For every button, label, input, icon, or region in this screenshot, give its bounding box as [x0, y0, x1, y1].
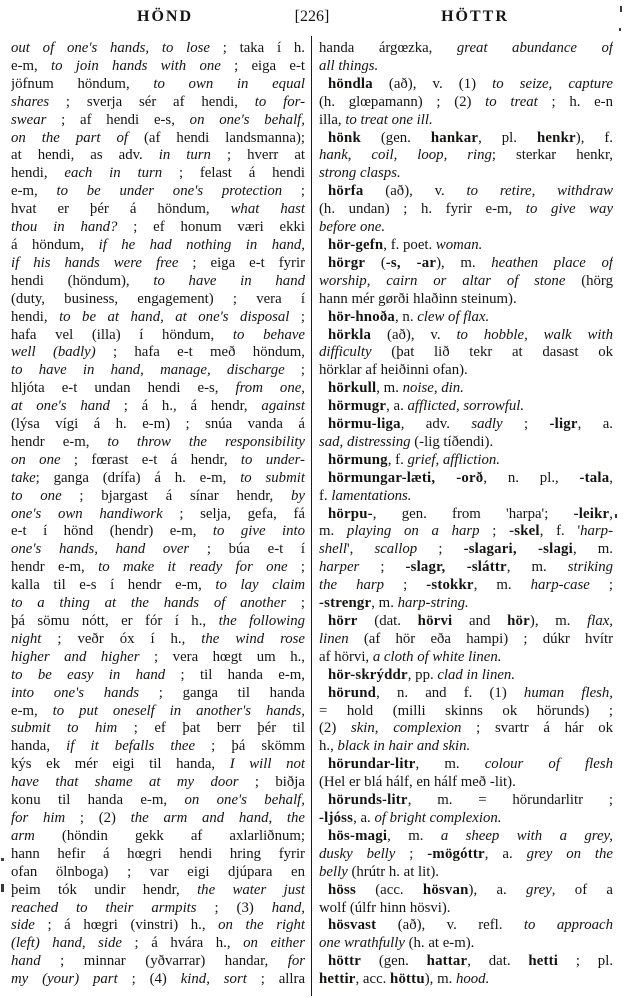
- text-line: hör-gefn, f. poet. woman.: [319, 237, 613, 255]
- text-segment: hörpu-: [328, 506, 373, 522]
- text-segment: at hendi, as adv.: [11, 147, 159, 163]
- text-segment: of bright complexion.: [374, 810, 501, 826]
- text-line: höttr (gen. hattar, dat. hetti ; pl.: [319, 953, 613, 971]
- text-segment: woman.: [436, 237, 482, 253]
- text-segment: , f. poet.: [383, 237, 436, 253]
- text-line: jöfnum höndum, to own in equal: [11, 76, 305, 94]
- text-line: to one ; bjargast á sínar hendr, by: [11, 488, 305, 506]
- text-segment: ; á hœgri (vinstri) h.,: [35, 917, 218, 933]
- text-line: hann mér gørði hlaðinn steinum).: [319, 291, 613, 309]
- text-segment: ; sverja sér af hendi,: [49, 94, 255, 110]
- text-segment: (h. at e-m).: [405, 935, 474, 951]
- text-line: hörfa (að), v. to retire, withdraw: [319, 183, 613, 201]
- text-segment: and: [452, 613, 507, 629]
- text-segment: ; búa e-t í: [189, 541, 305, 557]
- text-line: hörunds-litr, m. = hörundarlitr ;: [319, 792, 613, 810]
- text-segment: ; minnar (yðvarrar) handar,: [41, 953, 288, 969]
- text-segment: ), a.: [469, 882, 527, 898]
- text-segment: jöfnum höndum,: [11, 76, 153, 92]
- text-line: hörkull, m. noise, din.: [319, 380, 613, 398]
- text-line: to have in hand, manage, discharge ;: [11, 362, 305, 380]
- text-segment: hös-magi: [328, 828, 387, 844]
- text-segment: h.,: [319, 738, 338, 754]
- text-line: hann hefir á hœgri hendi hring fyrir: [11, 846, 305, 864]
- text-segment: ; felast á hendi: [162, 165, 305, 181]
- text-line: f. lamentations.: [319, 488, 613, 506]
- text-line: kalla til e-s í hendr e-m, to lay claim: [11, 577, 305, 595]
- text-line: to be easy in hand ; til handa e-m,: [11, 667, 305, 685]
- text-segment: ;: [289, 309, 305, 325]
- text-segment: my (your) part: [11, 971, 118, 987]
- text-segment: , m.: [573, 541, 613, 557]
- text-segment: (duty, business, engagement) ; vera í: [11, 291, 305, 307]
- text-segment: þeim tók undir hendr,: [11, 882, 197, 898]
- text-segment: a cloth of white linen.: [373, 649, 502, 665]
- text-segment: hendi,: [11, 309, 59, 325]
- text-segment: sad, distressing: [319, 434, 411, 450]
- text-segment: hösvan: [423, 882, 469, 898]
- text-segment: side: [11, 917, 35, 933]
- text-segment: á höndum,: [11, 237, 99, 253]
- text-segment: , acc.: [356, 971, 391, 987]
- header-page-number: [226]: [272, 8, 352, 26]
- text-segment: ',: [347, 541, 375, 557]
- text-line: m. playing on a harp ; -skel, f. 'harp-: [319, 523, 613, 541]
- text-segment: ; vera hœgt um h.,: [140, 649, 305, 665]
- text-line: hörmungar-læti, -orð, n. pl., -tala,: [319, 470, 613, 488]
- text-line: hörklar af heiðinni ofan).: [319, 362, 613, 380]
- text-segment: the harp: [319, 577, 384, 593]
- text-line: (duty, business, engagement) ; vera í: [11, 291, 305, 309]
- text-segment: to be under one's protection: [56, 183, 282, 199]
- text-segment: playing on a harp: [347, 523, 480, 539]
- text-segment: hörvi: [418, 613, 453, 629]
- text-segment: to lay claim: [215, 577, 305, 593]
- text-segment: clew of flax.: [417, 309, 489, 325]
- text-line: hös-magi, m. a sheep with a grey,: [319, 828, 613, 846]
- text-segment: ; eiga e-t: [221, 58, 305, 74]
- text-line: if his hands were free ; eiga e-t fyrir: [11, 255, 305, 273]
- text-segment: höss: [328, 882, 356, 898]
- text-segment: ; fœrast e-t á hendr,: [61, 452, 241, 468]
- text-segment: to approach: [524, 917, 613, 933]
- text-line: handa, if it befalls thee ; þá skömm: [11, 738, 305, 756]
- text-segment: for him: [11, 810, 65, 826]
- dictionary-page: HÖND [226] HÖTTR out of one's hands, to …: [0, 0, 625, 998]
- text-segment: difficulty: [319, 344, 372, 360]
- text-line: af hörvi, a cloth of white linen.: [319, 649, 613, 667]
- text-line: hendi (höndum), to have in hand: [11, 273, 305, 291]
- text-segment: ), m.: [425, 971, 456, 987]
- text-segment: e-t í hönd (hendr) e-m,: [11, 523, 213, 539]
- text-segment: to throw the responsibility: [107, 434, 305, 450]
- text-segment: black in hair and skin.: [338, 738, 471, 754]
- text-line: (left) hand, side ; á hvára h., on eithe…: [11, 935, 305, 953]
- text-segment: ; taka í h.: [210, 40, 305, 56]
- text-segment: the wind rose: [201, 631, 305, 647]
- text-segment: -slagr, -sláttr: [406, 559, 507, 575]
- text-segment: sadly: [471, 416, 502, 432]
- text-segment: hendr e-m,: [11, 434, 107, 450]
- text-segment: strong clasps.: [319, 165, 401, 181]
- text-segment: -tala: [580, 470, 610, 486]
- text-segment: to treat one ill.: [345, 112, 432, 128]
- text-line: á höndum, if he had nothing in hand,: [11, 237, 305, 255]
- text-line: shares ; sverja sér af hendi, to for-: [11, 94, 305, 112]
- text-segment: hör-hnoða: [328, 309, 395, 325]
- text-segment: (lýsa vígi á h. e-m) ; snúa vanda á: [11, 416, 305, 432]
- text-segment: (h. glœpamann) ; (2): [319, 94, 485, 110]
- text-line: at hendi, as adv. in turn ; hverr at: [11, 147, 305, 165]
- text-segment: ), m.: [530, 613, 587, 629]
- text-line: hvat er þér á höndum, what hast: [11, 201, 305, 219]
- text-segment: to have in hand: [153, 273, 305, 289]
- text-segment: ;: [503, 416, 550, 432]
- text-line: höndla (að), v. (1) to seize, capture: [319, 76, 613, 94]
- text-segment: to a thing at the hands of another: [11, 595, 286, 611]
- text-segment: all things.: [319, 58, 378, 74]
- text-segment: ), m.: [436, 255, 491, 271]
- text-segment: , n. and f. (1): [376, 685, 524, 701]
- text-segment: , m.: [387, 828, 441, 844]
- scan-speck: [1, 858, 4, 861]
- text-segment: (hrútr h. at lit).: [348, 864, 439, 880]
- text-segment: handa,: [11, 738, 66, 754]
- text-segment: ;: [480, 523, 510, 539]
- scan-speck: [619, 28, 621, 31]
- text-segment: heathen place of: [491, 255, 613, 271]
- text-segment: , m.: [376, 380, 402, 396]
- text-segment: a sheep with a grey,: [441, 828, 613, 844]
- text-segment: , m. = hörundarlitr ;: [408, 792, 613, 808]
- scan-speck: [615, 514, 617, 518]
- text-segment: , dat.: [467, 953, 528, 969]
- text-line: hendr e-m, to throw the responsibility: [11, 434, 305, 452]
- text-segment: ;: [285, 362, 305, 378]
- text-segment: one's hands, hand over: [11, 541, 189, 557]
- text-line: night ; veðr óx í h., the wind rose: [11, 631, 305, 649]
- text-line: (h. glœpamann) ; (2) to treat ; h. e-n: [319, 94, 613, 112]
- text-segment: (hörg: [565, 273, 613, 289]
- text-segment: hönk: [328, 130, 361, 146]
- text-segment: , m.: [474, 577, 531, 593]
- text-segment: noise, din.: [403, 380, 464, 396]
- text-segment: to hobble, walk with: [456, 327, 613, 343]
- text-segment: the water just: [197, 882, 305, 898]
- text-line: well (badly) ; hafa e-t með höndum,: [11, 344, 305, 362]
- text-segment: wolf (úlfr hinn hösvi).: [319, 900, 451, 916]
- text-segment: -skel: [509, 523, 540, 539]
- text-line: e-t í hönd (hendr) e-m, to give into: [11, 523, 305, 541]
- text-segment: striking: [568, 559, 613, 575]
- text-line: sad, distressing (-lig tíðendi).: [319, 434, 613, 452]
- text-segment: -mögóttr: [427, 846, 484, 862]
- text-segment: f.: [319, 488, 331, 504]
- text-segment: e-m,: [11, 58, 51, 74]
- text-segment: , m.: [507, 559, 568, 575]
- text-line: hörpu-, gen. from 'harpa'; -leikr,: [319, 506, 613, 524]
- text-segment: hörundar-litr: [328, 756, 416, 772]
- text-segment: kind, sort: [181, 971, 247, 987]
- text-segment: ; biðja: [238, 774, 305, 790]
- text-segment: konu til handa e-m,: [11, 792, 184, 808]
- text-line: have that shame at my door ; biðja: [11, 774, 305, 792]
- text-segment: to one: [11, 488, 62, 504]
- text-segment: worship, cairn or altar of stone: [319, 273, 565, 289]
- text-segment: for: [288, 953, 305, 969]
- text-segment: to behave: [233, 327, 305, 343]
- text-segment: on one's behalf,: [190, 112, 305, 128]
- text-segment: ;: [384, 577, 426, 593]
- text-segment: grey: [526, 882, 552, 898]
- text-segment: skin, complexion: [351, 720, 461, 736]
- text-line: side ; á hœgri (vinstri) h., on the righ…: [11, 917, 305, 935]
- text-segment: höttu: [390, 971, 425, 987]
- text-segment: ; til handa e-m,: [165, 667, 305, 683]
- text-line: hör-skrýddr, pp. clad in linen.: [319, 667, 613, 685]
- text-line: one wrathfully (h. at e-m).: [319, 935, 613, 953]
- text-segment: ,: [609, 506, 613, 522]
- text-segment: one's own handiwork: [11, 506, 163, 522]
- text-segment: to for-: [255, 94, 305, 110]
- text-line: on the part of (af hendi landsmanna);: [11, 130, 305, 148]
- text-segment: at one's hand: [11, 398, 110, 414]
- text-segment: ; hverr at: [211, 147, 305, 163]
- text-segment: submit to him: [11, 720, 117, 736]
- text-segment: illa,: [319, 112, 345, 128]
- text-line: (2) skin, complexion ; svartr á hár ok: [319, 720, 613, 738]
- text-line: before one.: [319, 219, 613, 237]
- text-segment: ), f.: [576, 130, 613, 146]
- text-segment: ; veðr óx í h.,: [41, 631, 201, 647]
- text-segment: against: [261, 398, 305, 414]
- text-segment: -s, -ar: [386, 255, 436, 271]
- text-line: hörr (dat. hörvi and hör), m. flax,: [319, 613, 613, 631]
- text-line: hörkla (að), v. to hobble, walk with: [319, 327, 613, 345]
- text-segment: (höndin gekk af axlarliðnum;: [35, 828, 305, 844]
- text-line: hafa vel (illa) í höndum, to behave: [11, 327, 305, 345]
- text-line: hörmu-liga, adv. sadly ; -ligr, a.: [319, 416, 613, 434]
- text-segment: thou in hand?: [11, 219, 117, 235]
- text-segment: (2): [319, 720, 351, 736]
- text-line: at one's hand ; á h., á hendr, against: [11, 398, 305, 416]
- text-segment: hendi,: [11, 165, 64, 181]
- text-segment: to be easy in hand: [11, 667, 165, 683]
- text-segment: , adv.: [401, 416, 472, 432]
- text-segment: hörgr: [328, 255, 365, 271]
- text-segment: into one's hands: [11, 685, 139, 701]
- text-segment: þá sömu nótt, er fór í h.,: [11, 613, 219, 629]
- text-line: konu til handa e-m, on one's behalf,: [11, 792, 305, 810]
- text-line: hendr e-m, to make it ready for one ;: [11, 559, 305, 577]
- text-segment: hörunds-litr: [328, 792, 408, 808]
- text-line: höss (acc. hösvan), a. grey, of a: [319, 882, 613, 900]
- text-segment: höttr: [328, 953, 361, 969]
- text-line: = hold (milli skinns ok hörunds) ;: [319, 703, 613, 721]
- text-segment: ofan ölnboga) ; var eigi djúpara en: [11, 864, 305, 880]
- text-segment: to own in equal: [153, 76, 305, 92]
- text-segment: (: [365, 255, 386, 271]
- text-segment: hör: [507, 613, 530, 629]
- text-line: (Hel er blá hálf, en hálf með -lit).: [319, 774, 613, 792]
- text-segment: hendr e-m,: [11, 559, 98, 575]
- text-segment: hafa vel (illa) í höndum,: [11, 327, 233, 343]
- header-left-word: HÖND: [120, 8, 210, 26]
- text-line: submit to him ; ef þat berr þér til: [11, 720, 305, 738]
- text-line: linen (af hör eða hampi) ; dúkr hvítr: [319, 631, 613, 649]
- text-line: hörund, n. and f. (1) human flesh,: [319, 685, 613, 703]
- text-line: on one ; fœrast e-t á hendr, to under-: [11, 452, 305, 470]
- scan-speck: [1, 884, 4, 892]
- text-segment: kalla til e-s í hendr e-m,: [11, 577, 215, 593]
- text-segment: the following: [219, 613, 305, 629]
- text-line: (lýsa vígi á h. e-m) ; snúa vanda á: [11, 416, 305, 434]
- text-segment: ; h. e-n: [538, 94, 613, 110]
- text-line: hör-hnoða, n. clew of flax.: [319, 309, 613, 327]
- text-segment: ,: [609, 470, 613, 486]
- text-line: -ljóss, a. of bright complexion.: [319, 810, 613, 828]
- text-line: (h. undan) ; h. fyrir e-m, to give way: [319, 201, 613, 219]
- text-segment: shares: [11, 94, 49, 110]
- text-segment: henkr: [537, 130, 576, 146]
- text-line: swear ; af hendi e-s, on one's behalf,: [11, 112, 305, 130]
- text-segment: , m.: [416, 756, 485, 772]
- text-segment: on the right: [218, 917, 305, 933]
- text-segment: ; hafa e-t með höndum,: [96, 344, 305, 360]
- text-segment: ; þá skömm: [195, 738, 305, 754]
- text-segment: hörkull: [328, 380, 376, 396]
- text-segment: to seize, capture: [492, 76, 613, 92]
- text-segment: ; (3): [197, 900, 272, 916]
- text-segment: night: [11, 631, 41, 647]
- text-segment: the arm and hand, the: [131, 810, 305, 826]
- text-segment: (left) hand, side: [11, 935, 122, 951]
- text-segment: handa árgœzka,: [319, 40, 457, 56]
- text-line: difficulty (þat lið tekr at dasast ok: [319, 344, 613, 362]
- text-segment: hendi (höndum),: [11, 273, 153, 289]
- text-line: e-m, to be under one's protection ;: [11, 183, 305, 201]
- text-line: hendi, each in turn ; felast á hendi: [11, 165, 305, 183]
- text-segment: (gen.: [361, 953, 427, 969]
- text-segment: , pl.: [478, 130, 537, 146]
- text-segment: hör-skrýddr: [328, 667, 408, 683]
- text-segment: e-m,: [11, 703, 53, 719]
- text-line: h., black in hair and skin.: [319, 738, 613, 756]
- text-line: out of one's hands, to lose ; taka í h.: [11, 40, 305, 58]
- text-segment: -leikr: [574, 506, 610, 522]
- text-line: dusky belly ; -mögóttr, a. grey on the: [319, 846, 613, 864]
- text-line: my (your) part ; (4) kind, sort ; allra: [11, 971, 305, 989]
- text-segment: ; pl.: [558, 953, 613, 969]
- text-segment: higher and higher: [11, 649, 140, 665]
- text-segment: e-m,: [11, 183, 56, 199]
- text-segment: hösvast: [328, 917, 376, 933]
- text-segment: kýs ek mér eigi til handa,: [11, 756, 230, 772]
- text-segment: on one's behalf,: [184, 792, 305, 808]
- text-line: one's hands, hand over ; búa e-t í: [11, 541, 305, 559]
- text-segment: ;: [286, 595, 305, 611]
- text-segment: what hast: [231, 201, 305, 217]
- text-segment: if his hands were free: [11, 255, 178, 271]
- text-segment: -slagari, -slagi: [464, 541, 573, 557]
- text-line: take; ganga (drífa) á h. e-m, to submit: [11, 470, 305, 488]
- column-divider: [311, 36, 312, 996]
- running-head: HÖND [226] HÖTTR: [0, 8, 625, 32]
- text-segment: take: [11, 470, 36, 486]
- text-line: shell', scallop ; -slagari, -slagi, m.: [319, 541, 613, 559]
- text-segment: hann mér gørði hlaðinn steinum).: [319, 291, 517, 307]
- text-segment: to make it ready for one: [98, 559, 287, 575]
- text-line: all things.: [319, 58, 613, 76]
- text-segment: colour of flesh: [485, 756, 613, 772]
- text-line: hörgr (-s, -ar), m. heathen place of: [319, 255, 613, 273]
- text-segment: to give way: [526, 201, 613, 217]
- text-segment: , n.: [395, 309, 417, 325]
- text-segment: -strengr: [319, 595, 371, 611]
- text-segment: ; ef honum væri ekki: [117, 219, 305, 235]
- text-segment: (af hendi landsmanna);: [128, 130, 305, 146]
- text-segment: ; (4): [118, 971, 181, 987]
- text-segment: each in turn: [64, 165, 162, 181]
- text-segment: ; sterkar henkr,: [492, 147, 613, 163]
- text-segment: by: [291, 488, 305, 504]
- text-segment: to under-: [241, 452, 305, 468]
- text-segment: , pp.: [408, 667, 438, 683]
- text-line: hand ; minnar (yðvarrar) handar, for: [11, 953, 305, 971]
- text-segment: ;: [359, 559, 405, 575]
- text-segment: -stokkr: [426, 577, 473, 593]
- text-segment: , a.: [578, 416, 613, 432]
- text-line: kýs ek mér eigi til handa, I will not: [11, 756, 305, 774]
- text-segment: clad in linen.: [437, 667, 515, 683]
- text-segment: hörr: [328, 613, 358, 629]
- text-segment: , a.: [485, 846, 527, 862]
- text-segment: ;: [288, 559, 305, 575]
- text-line: hendi, to be at hand, at one's disposal …: [11, 309, 305, 327]
- text-line: þá sömu nótt, er fór í h., the following: [11, 613, 305, 631]
- text-segment: , f. ': [540, 523, 580, 539]
- text-segment: to give into: [213, 523, 305, 539]
- text-segment: arm: [11, 828, 35, 844]
- text-segment: ; á hvára h.,: [122, 935, 243, 951]
- text-segment: , a.: [353, 810, 374, 826]
- text-line: handa árgœzka, great abundance of: [319, 40, 613, 58]
- text-segment: grey on the: [527, 846, 613, 862]
- text-segment: hörfa: [328, 183, 364, 199]
- text-segment: harp-string.: [398, 595, 469, 611]
- text-segment: to have in hand, manage, discharge: [11, 362, 285, 378]
- text-segment: ; á h., á hendr,: [110, 398, 261, 414]
- text-segment: hand: [11, 953, 41, 969]
- text-segment: hörklar af heiðinni ofan).: [319, 362, 468, 378]
- text-segment: hvat er þér á höndum,: [11, 201, 231, 217]
- text-segment: (að), v.: [364, 183, 467, 199]
- text-line: arm (höndin gekk af axlarliðnum;: [11, 828, 305, 846]
- text-segment: (þat lið tekr at dasast ok: [372, 344, 613, 360]
- text-line: for him ; (2) the arm and hand, the: [11, 810, 305, 828]
- text-segment: hann hefir á hœgri hendi hring fyrir: [11, 846, 305, 862]
- text-segment: (að), v. (1): [373, 76, 492, 92]
- text-segment: swear: [11, 112, 46, 128]
- text-line: hörmung, f. grief, affliction.: [319, 452, 613, 470]
- column-right: handa árgœzka, great abundance ofall thi…: [319, 40, 613, 989]
- text-segment: hankar: [431, 130, 478, 146]
- text-line: belly (hrútr h. at lit).: [319, 864, 613, 882]
- text-segment: hettir: [319, 971, 356, 987]
- text-segment: ; allra: [247, 971, 305, 987]
- text-segment: hör-gefn: [328, 237, 383, 253]
- text-segment: on either: [243, 935, 305, 951]
